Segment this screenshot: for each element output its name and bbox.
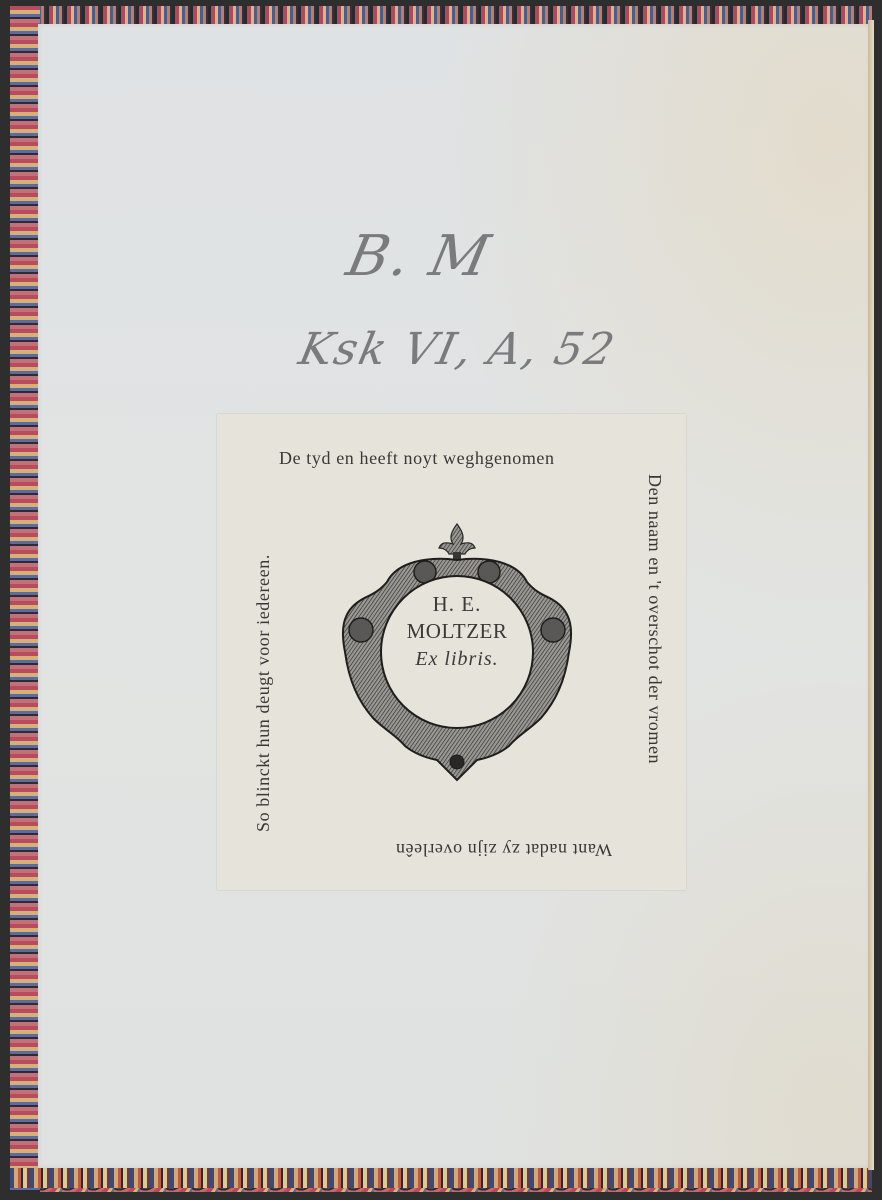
- owner-initials: H. E.: [397, 592, 517, 617]
- marbled-border-left: [10, 6, 40, 1192]
- ex-libris-bookplate: De tyd en heeft noyt weghgenomen Den naa…: [217, 414, 686, 890]
- marbled-border-bottom: [10, 1168, 872, 1188]
- pencil-shelfmark: Ksk VI, A, 52: [295, 324, 621, 375]
- verse-right: Den naam en 't overschot der vromen: [644, 474, 665, 764]
- verse-left: So blinckt hun deugt voor iedereen.: [253, 554, 274, 832]
- owner-name: MOLTZER: [397, 619, 517, 644]
- ex-libris-label: Ex libris.: [397, 648, 517, 671]
- verse-top: De tyd en heeft noyt weghgenomen: [279, 448, 555, 469]
- pencil-annotation-line1: B. M: [341, 224, 497, 289]
- page-edge: [868, 20, 874, 1170]
- bookplate-owner-block: H. E. MOLTZER Ex libris.: [397, 592, 517, 671]
- cartouche-ornament-icon: H. E. MOLTZER Ex libris.: [337, 522, 577, 784]
- verse-bottom: Want nadat zy zijn overleên: [395, 839, 612, 860]
